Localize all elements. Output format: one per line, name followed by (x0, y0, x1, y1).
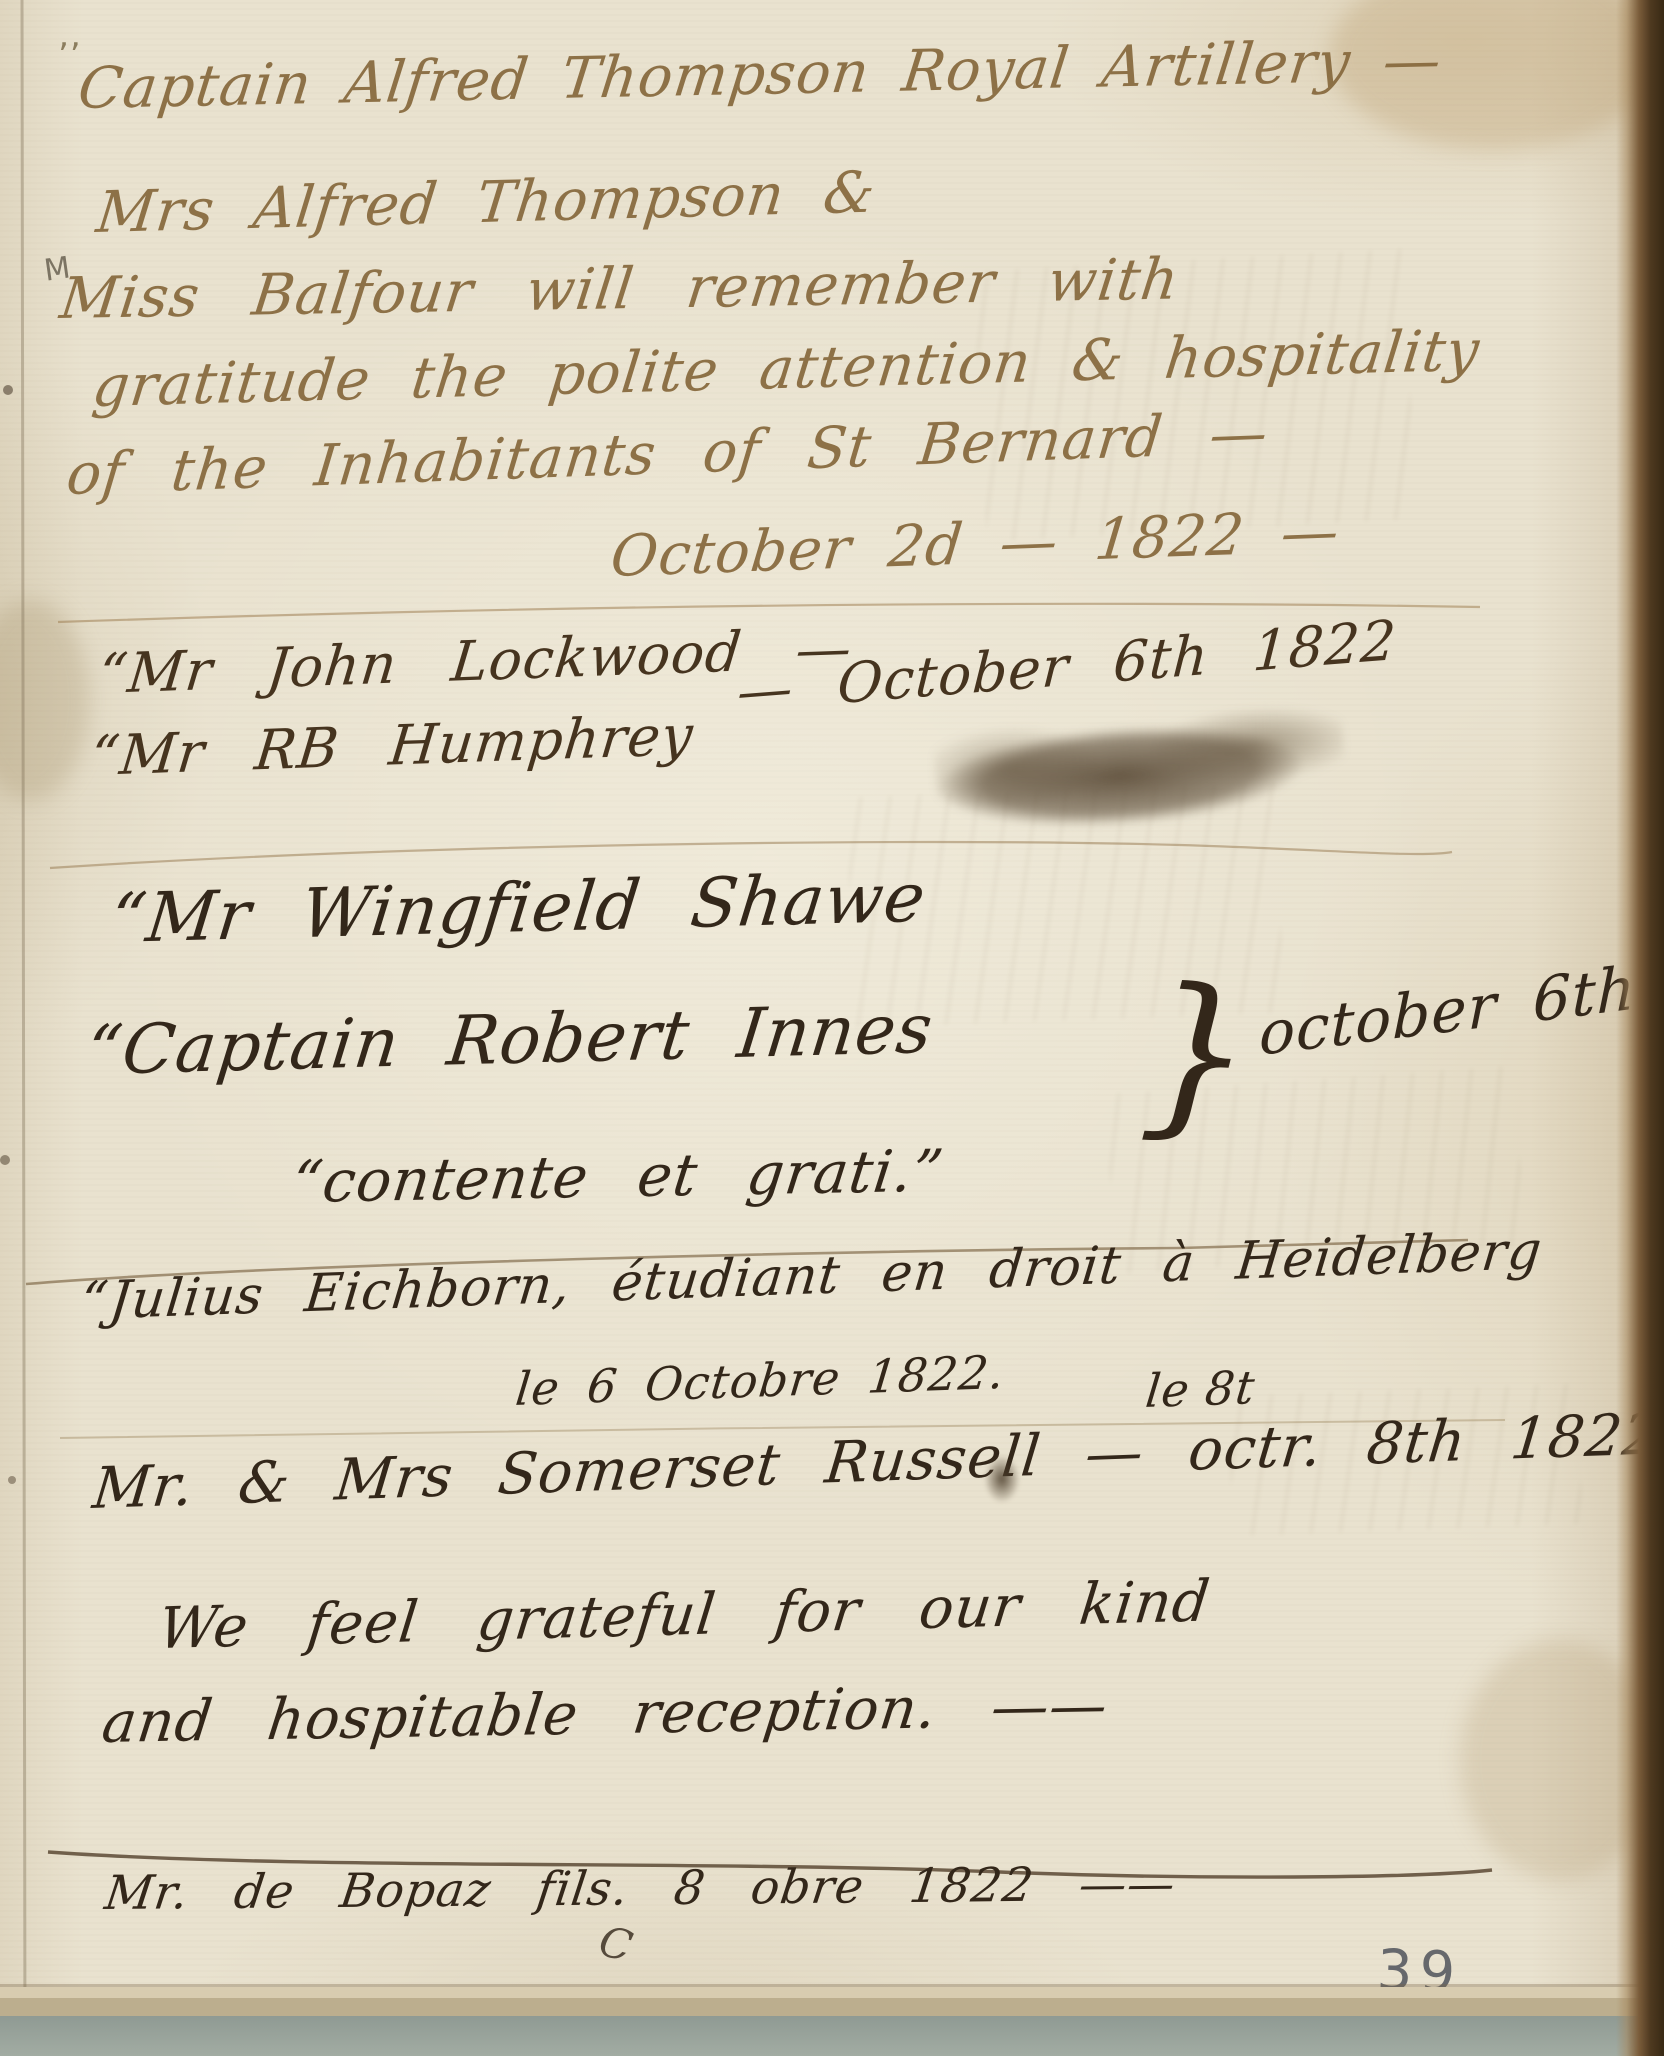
ink-smudge (930, 681, 1349, 854)
entry-line: Mr. & Mrs Somerset Russell — octr. 8th 1… (92, 1401, 1661, 1522)
binding-edge (1616, 0, 1664, 2056)
ink-blot (985, 1456, 1019, 1502)
entry-line: Mr. de Bopaz fils. 8 obre 1822 —— (105, 1857, 1176, 1921)
entry-line: of the Inhabitants of St Bernard — (66, 400, 1269, 508)
entry-date: le 6 Octobre 1822. (515, 1345, 1006, 1416)
entry-line: Captain Alfred Thompson Royal Artillery … (78, 27, 1442, 122)
page-edge (0, 1984, 1664, 2016)
entry-brace: } (1135, 950, 1258, 1159)
manuscript-page: ʼʼ Captain Alfred Thompson Royal Artille… (0, 0, 1664, 2056)
entry-line: Mrs Alfred Thompson & (96, 160, 876, 246)
flourish-mark: C (594, 1916, 638, 1972)
entry-line: We feel grateful for our kind (158, 1568, 1211, 1661)
entry-line: and hospitable reception. —— (102, 1672, 1108, 1756)
struck-text: le 8t (1145, 1360, 1256, 1418)
entry-line: “Mr Wingfield Shawe (110, 859, 926, 959)
entry-line: Miss Balfour will remember with (60, 246, 1179, 332)
entry-date: October 2d — 1822 — (610, 499, 1341, 590)
entry-line: “Captain Robert Innes (86, 990, 934, 1091)
entry-line: “Julius Eichborn, étudiant en droit à He… (80, 1221, 1543, 1332)
entry-line: “Mr RB Humphrey (90, 703, 694, 788)
entry-date: october 6th (1255, 954, 1640, 1070)
scanner-background (0, 2016, 1664, 2056)
paper-stain (0, 600, 90, 800)
entry-line: gratitude the polite attention & hospita… (92, 318, 1480, 420)
motto-line: “contente et grati.” (292, 1137, 944, 1216)
margin-mark: M (42, 250, 73, 288)
